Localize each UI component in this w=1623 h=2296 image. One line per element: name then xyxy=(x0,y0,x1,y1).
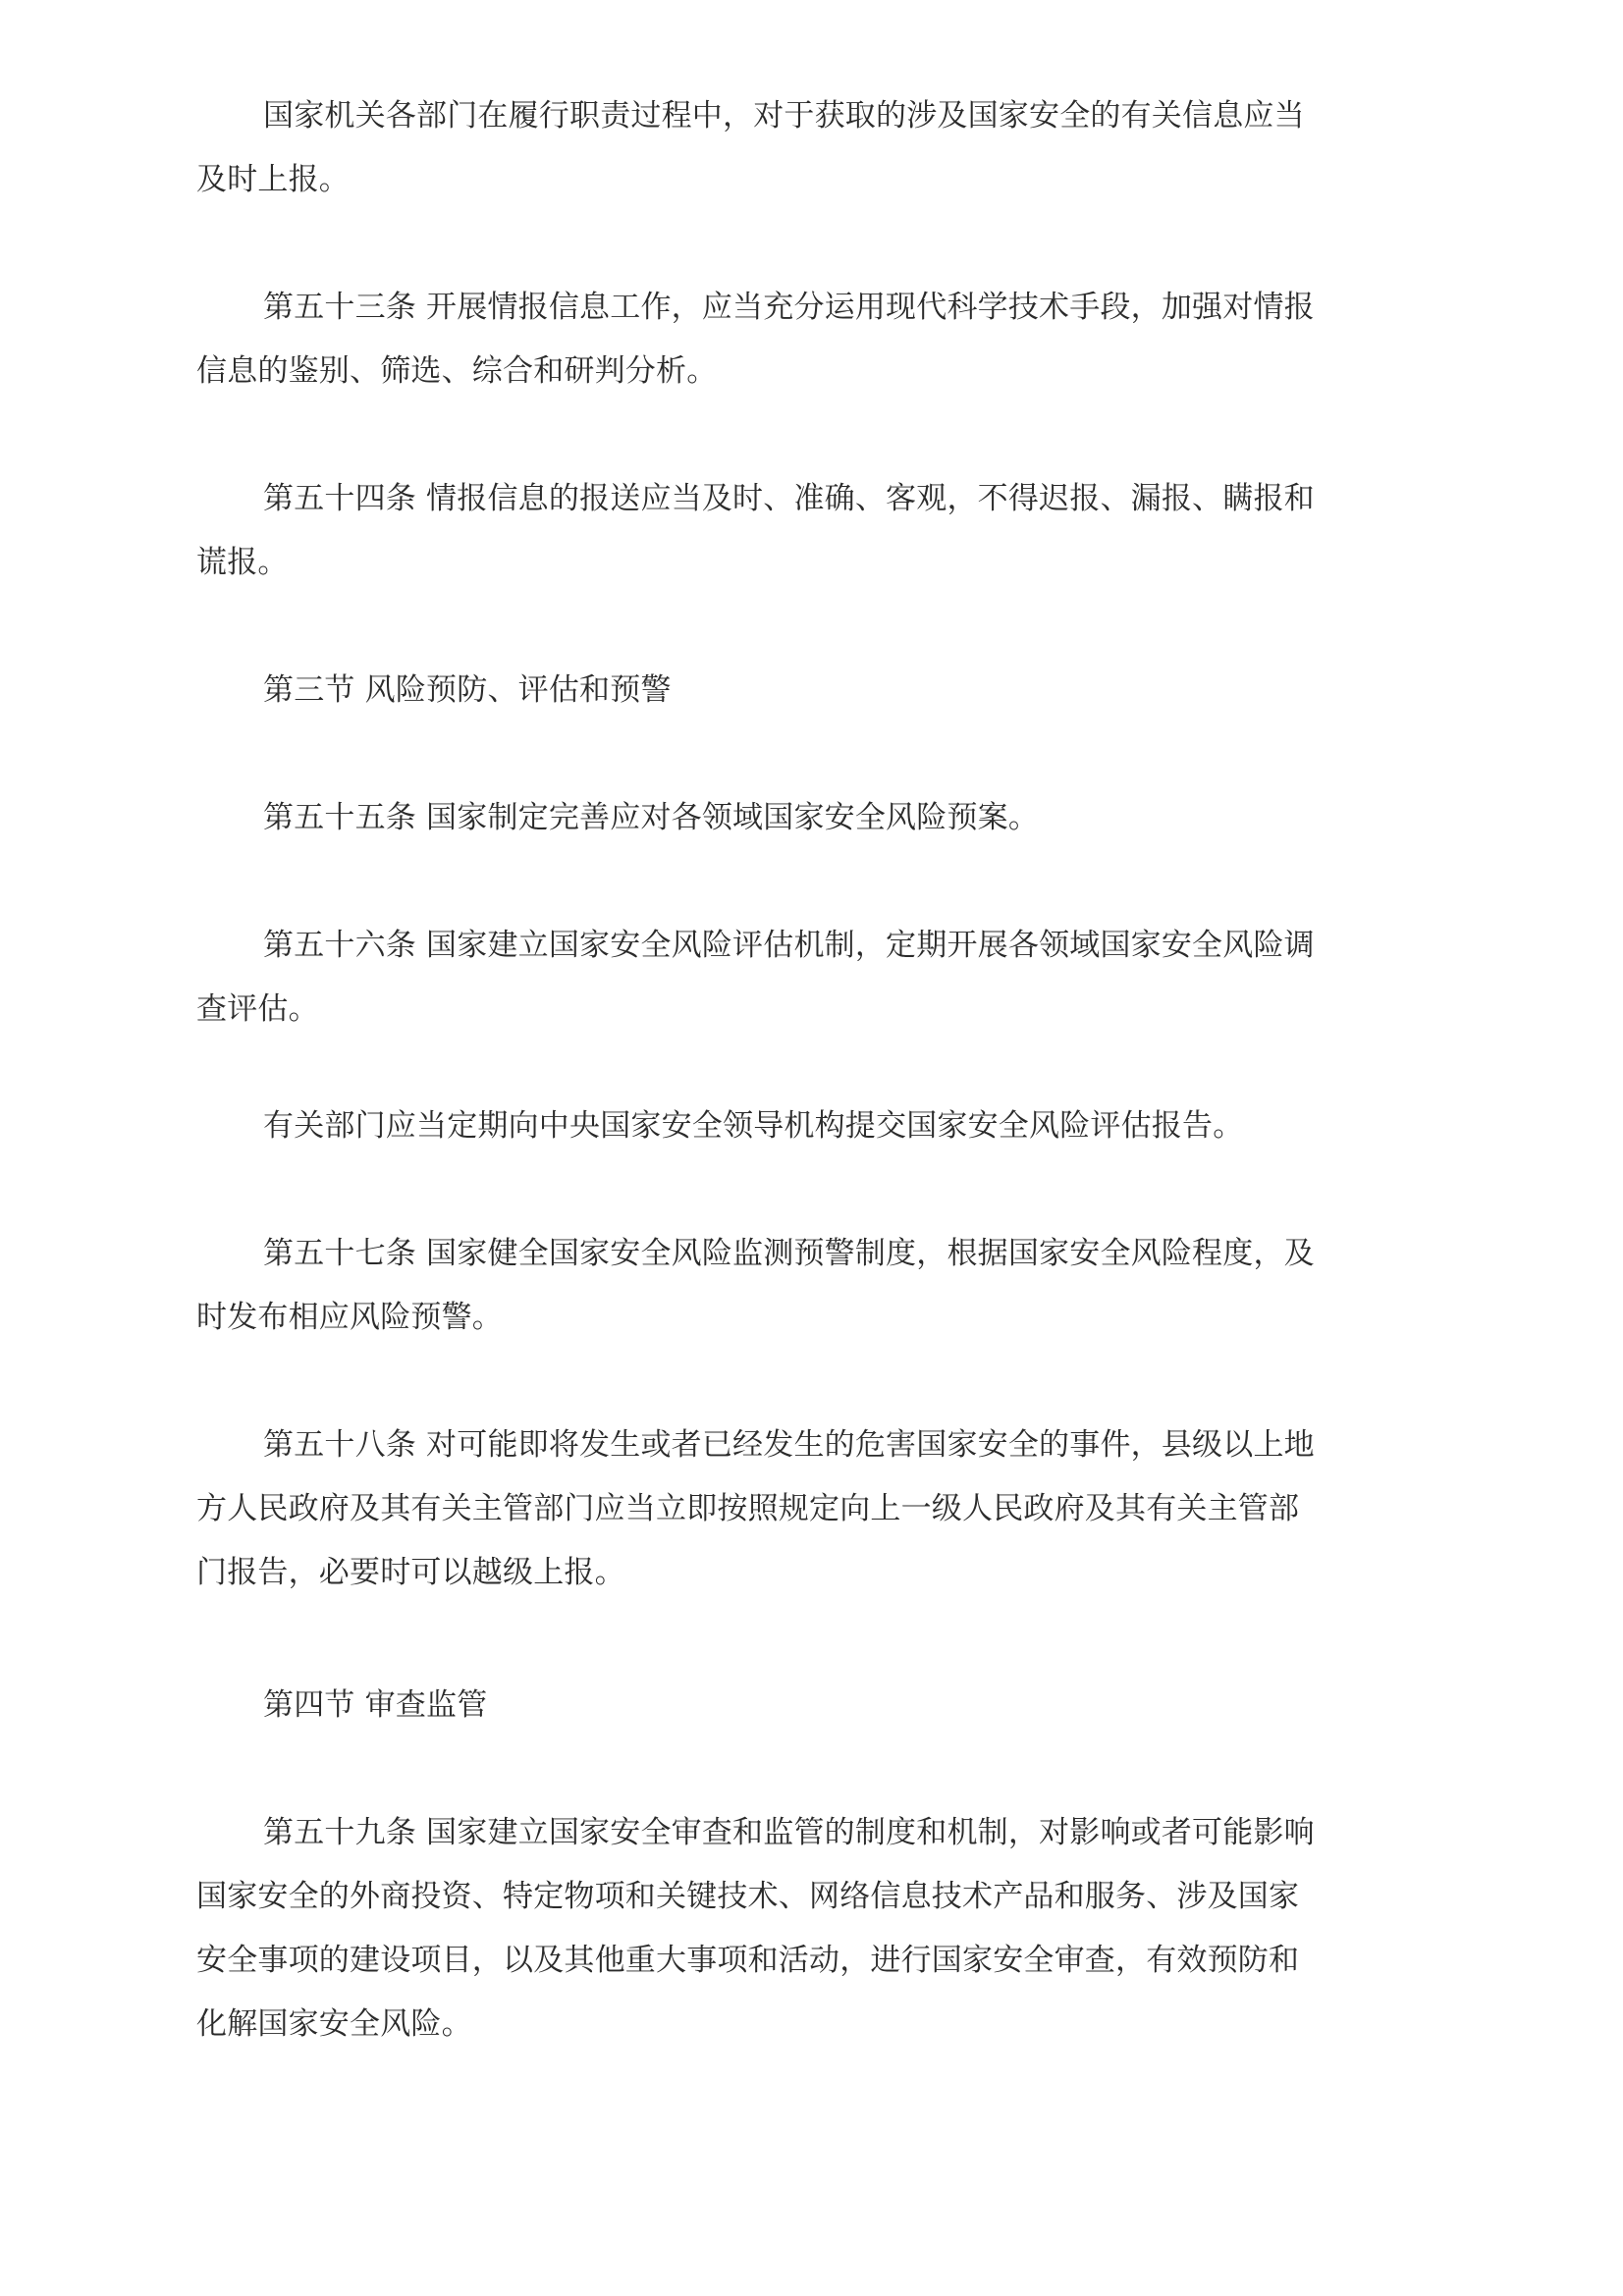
section-heading: 第四节 审查监管 xyxy=(263,1685,487,1725)
article-line: 时发布相应风险预警。 xyxy=(196,1298,503,1337)
article-line: 化解国家安全风险。 xyxy=(196,2004,472,2044)
article-line: 第五十六条 国家建立国家安全风险评估机制，定期开展各领域国家安全风险调 xyxy=(263,926,1315,965)
paragraph-line: 有关部门应当定期向中央国家安全领导机构提交国家安全风险评估报告。 xyxy=(263,1106,1243,1146)
article-line: 方人民政府及其有关主管部门应当立即按照规定向上一级人民政府及其有关主管部 xyxy=(196,1489,1299,1528)
paragraph-line: 国家机关各部门在履行职责过程中，对于获取的涉及国家安全的有关信息应当 xyxy=(263,96,1305,135)
article-line: 第五十三条 开展情报信息工作，应当充分运用现代科学技术手段，加强对情报 xyxy=(263,288,1315,327)
article-line: 第五十五条 国家制定完善应对各领域国家安全风险预案。 xyxy=(263,798,1039,837)
article-line: 谎报。 xyxy=(196,543,289,582)
article-line: 门报告，必要时可以越级上报。 xyxy=(196,1553,625,1592)
article-line: 第五十九条 国家建立国家安全审查和监管的制度和机制，对影响或者可能影响 xyxy=(263,1813,1315,1852)
section-heading: 第三节 风险预防、评估和预警 xyxy=(263,670,672,710)
article-line: 安全事项的建设项目，以及其他重大事项和活动，进行国家安全审查，有效预防和 xyxy=(196,1941,1299,1980)
article-line: 第五十八条 对可能即将发生或者已经发生的危害国家安全的事件，县级以上地 xyxy=(263,1425,1315,1465)
article-line: 查评估。 xyxy=(196,989,319,1029)
paragraph-line: 及时上报。 xyxy=(196,160,350,199)
document-page: 国家机关各部门在履行职责过程中，对于获取的涉及国家安全的有关信息应当 及时上报。… xyxy=(0,0,1623,2296)
article-line: 第五十七条 国家健全国家安全风险监测预警制度，根据国家安全风险程度，及 xyxy=(263,1234,1315,1273)
article-line: 第五十四条 情报信息的报送应当及时、准确、客观，不得迟报、漏报、瞒报和 xyxy=(263,479,1315,518)
article-line: 国家安全的外商投资、特定物项和关键技术、网络信息技术产品和服务、涉及国家 xyxy=(196,1877,1299,1916)
article-line: 信息的鉴别、筛选、综合和研判分析。 xyxy=(196,351,717,391)
